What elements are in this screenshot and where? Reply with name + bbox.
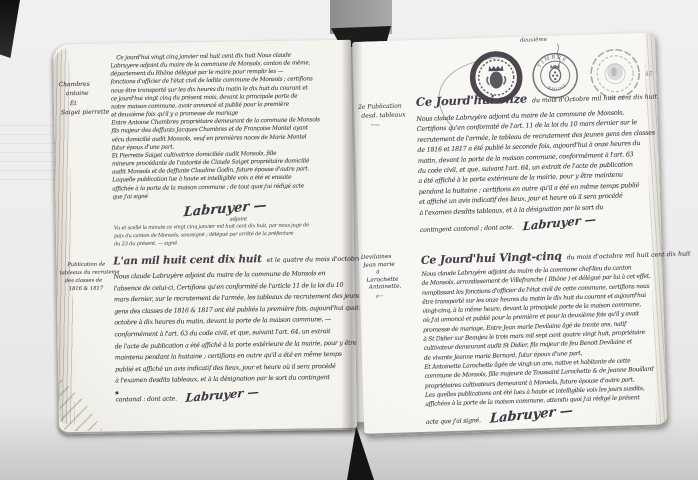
act-body: Nous claude Labruyère adjoint du maire d…: [114, 268, 361, 388]
scanner-streaks: [0, 120, 60, 180]
scanned-register-photo: ChambresantoineEtSaiget pierrette Ce jou…: [0, 0, 698, 480]
handwritten-line: Saiget pierrette: [61, 108, 114, 118]
signature-labruyer: Labruyer: [489, 404, 573, 428]
right-page: deuxième 45 TIMBRE: [352, 32, 667, 435]
gutter-shadow: [341, 36, 363, 430]
act-heading-date: L'an mil huit cent dix huit: [113, 253, 262, 267]
signature-labruyer: Labruyer: [185, 384, 260, 404]
act-heading-date: Ce Jourd'hui onze: [416, 92, 528, 109]
signature-labruyer: Labruyer: [522, 212, 596, 234]
act-marriage-devilaine-larochette: Ce Jourd'hui Vingt-cinq du mois d'octobr…: [421, 246, 667, 426]
act-body: Nous claude Labruyère adjoint du maire d…: [416, 107, 658, 219]
handwritten-line: desd. tableaux: [361, 111, 415, 121]
handwritten-line: Antoinette.: [369, 283, 420, 292]
signature-labruyer: Labruyer: [183, 198, 267, 220]
page-mark: 45: [645, 71, 653, 78]
closing-row: cantonal : dont acte. Labruyer: [115, 386, 360, 404]
handwritten-line: 1816 & 1817: [69, 284, 120, 293]
margin-note-chambres-saiget: ChambresantoineEtSaiget pierrette: [59, 79, 115, 117]
margin-note-second-publication: 2e Publicationdesd. tableaux: [358, 102, 416, 129]
closing-text: acte que j'ai signé.: [426, 418, 481, 427]
handwritten-line: à l'examen desdits tableaux, et à la dés…: [115, 372, 360, 387]
act-heading-rest: du mois d'octobre mil huit cent dix huit: [567, 250, 691, 261]
top-annotation: deuxième: [520, 37, 547, 44]
act-heading-date: Ce Jourd'hui Vingt-cinq: [421, 250, 562, 267]
act-marriage-publication-body: Ce jourd'hui vingt cinq janvier mil huit…: [110, 51, 355, 202]
act-tables-first-publication: L'an mil huit cent dix huit et le quatre…: [113, 252, 360, 404]
closing-text: cantonal : dont acte.: [115, 395, 176, 403]
margin-note-recruitment-tables: Publication detableaux du recrutementdes…: [59, 260, 119, 293]
closing-text: contingent cantonal ; dont acte.: [420, 224, 514, 234]
act-body: Nous claude Labruyère adjoint du maire d…: [421, 262, 666, 409]
signature-row: Labruyer: [183, 197, 266, 217]
act-heading-rest: du mois d'Octobre mil huit cent dix huit: [532, 93, 657, 104]
left-page: ChambresantoineEtSaiget pierrette Ce jou…: [53, 40, 357, 435]
act-tables-second-publication: Ce Jourd'hui onze du mois d'Octobre mil …: [416, 88, 659, 235]
registrar-footnote: Vu et scellé la minute ce vingt cinq jan…: [114, 222, 362, 249]
book-clamp-top-left: [0, 0, 20, 58]
signature-role: adjoint: [230, 216, 248, 222]
act-heading: L'an mil huit cent dix huit et le quatre…: [113, 252, 358, 268]
margin-note-devilaine-larochette: DevilainesJean marieàLarochetteAntoinett…: [361, 253, 420, 300]
act-heading: Ce Jourd'hui onze du mois d'Octobre mil …: [416, 88, 655, 110]
